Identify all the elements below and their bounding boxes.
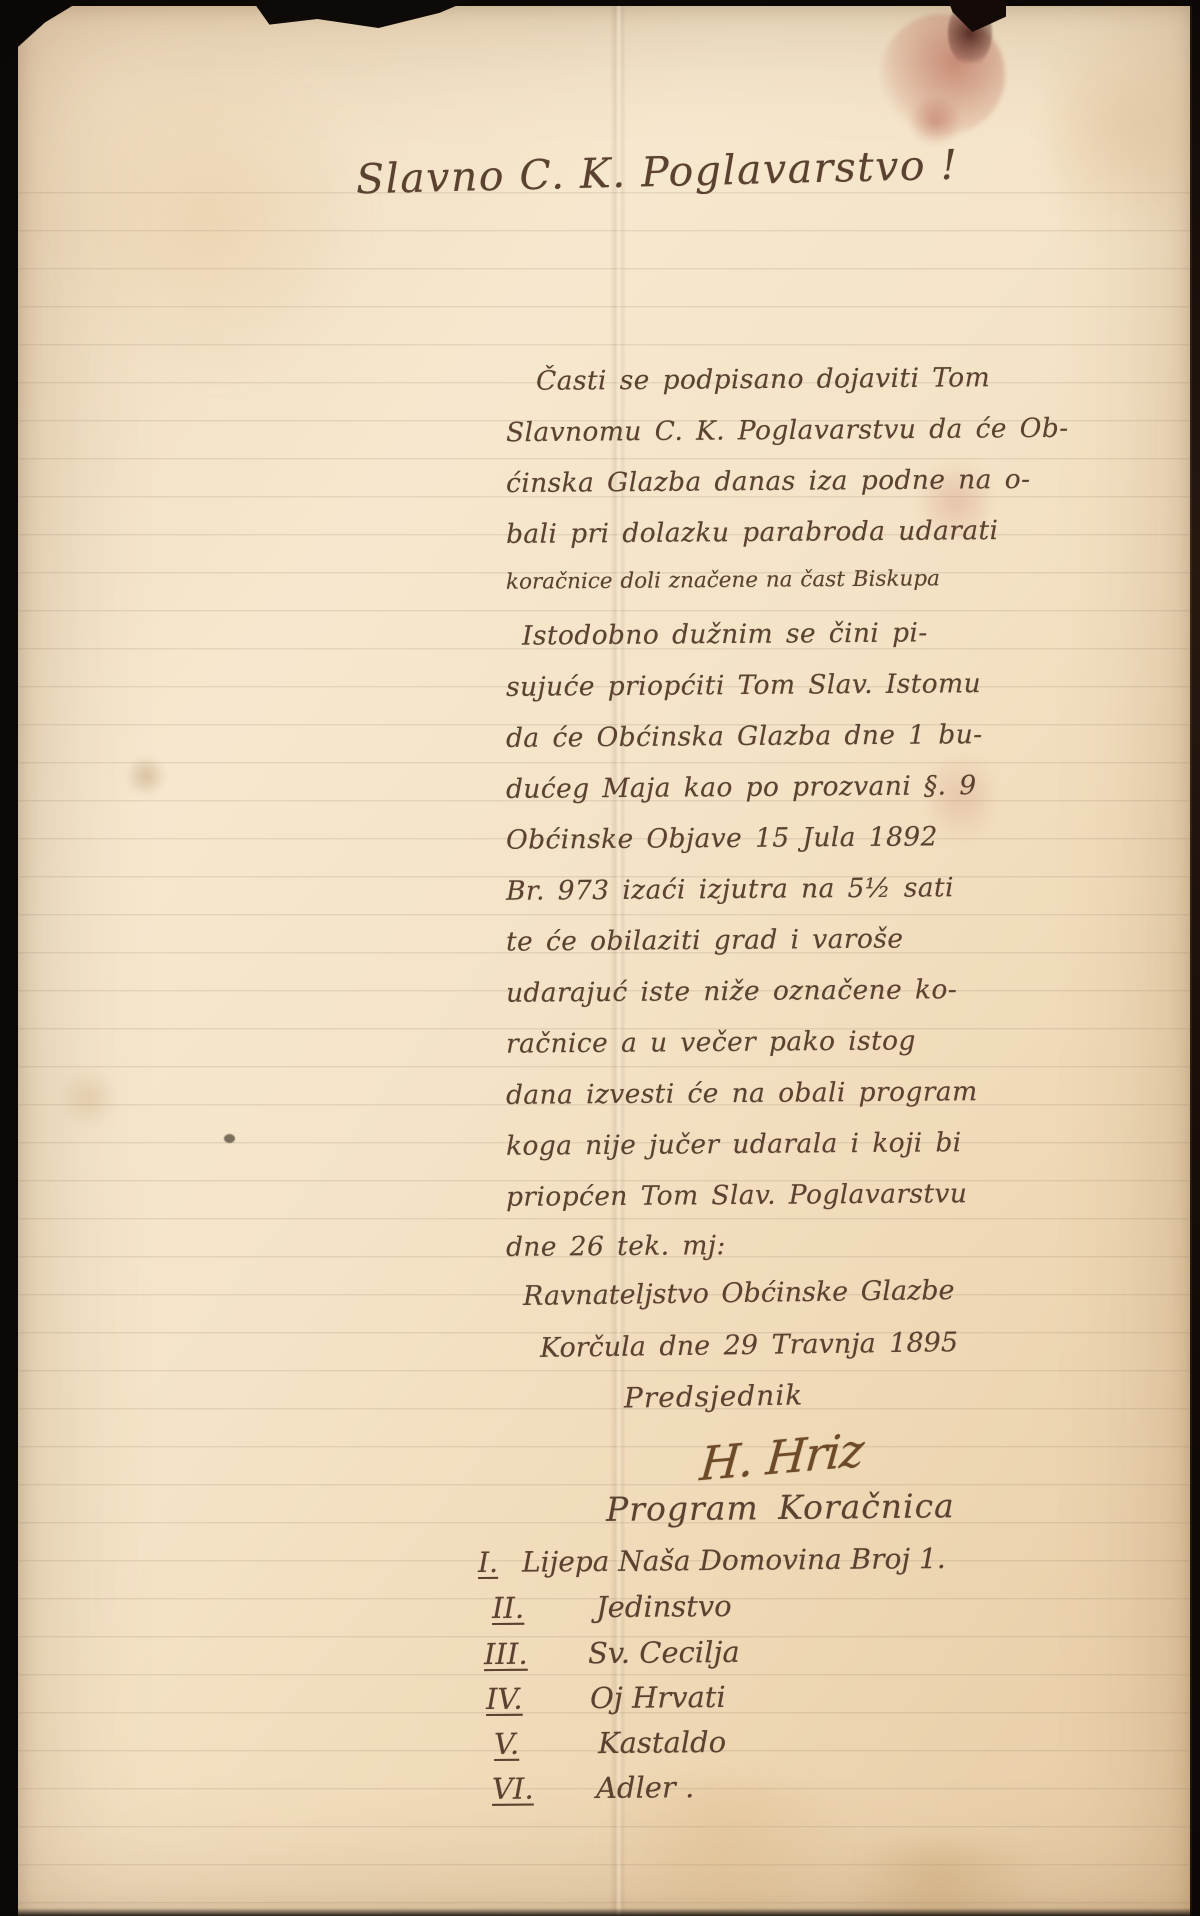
letter-line: udarajuć iste niže označene ko- bbox=[506, 974, 957, 1009]
stain bbox=[60, 40, 360, 400]
letter-line: ćinska Glazba danas iza podne na o- bbox=[506, 464, 1031, 499]
program-item: V. Kastaldo bbox=[494, 1725, 726, 1761]
program-item-numeral: VI. bbox=[492, 1771, 596, 1806]
stain bbox=[804, 1844, 1074, 1916]
stain bbox=[906, 98, 964, 144]
closing-org: Ravnateljstvo Obćinske Glazbe bbox=[523, 1275, 955, 1312]
letter-line: sujuće priopćiti Tom Slav. Istomu bbox=[506, 668, 981, 703]
letter-line: Istodobno dužnim se čini pi- bbox=[522, 617, 928, 651]
program-item-numeral: II. bbox=[492, 1590, 596, 1625]
letter-line: dana izvesti će na obali program bbox=[506, 1076, 978, 1111]
paper-sheet: Slavno C. K. Poglavarstvo ! Časti se pod… bbox=[18, 6, 1192, 1916]
program-item-numeral: V. bbox=[494, 1726, 598, 1761]
closing-role: Predsjednik bbox=[624, 1378, 804, 1414]
torn-edge bbox=[1190, 0, 1200, 1916]
stain bbox=[224, 1134, 235, 1143]
letter-line: Br. 973 izaći izjutra na 5½ sati bbox=[506, 872, 954, 907]
letter-line: Časti se podpisano dojaviti Tom bbox=[536, 362, 990, 397]
letter-line: dućeg Maja kao po prozvani §. 9 bbox=[506, 770, 977, 805]
torn-edge bbox=[0, 1908, 1200, 1916]
letter-line: Obćinske Objave 15 Jula 1892 bbox=[506, 821, 938, 855]
program-item: I. Lijepa Naša Domovina Broj 1. bbox=[478, 1542, 946, 1579]
letter-line: koračnice doli značene na čast Biskupa bbox=[506, 566, 940, 594]
program-item-title: Jedinstvo bbox=[596, 1589, 732, 1624]
program-heading: Program Koračnica bbox=[606, 1486, 955, 1529]
letter-line: priopćen Tom Slav. Poglavarstvu bbox=[506, 1178, 968, 1213]
letter-line: koga nije jučer udarala i koji bi bbox=[506, 1127, 962, 1162]
program-item-numeral: I. bbox=[478, 1546, 522, 1579]
stain bbox=[122, 758, 170, 794]
program-item-title: Sv. Cecilja bbox=[588, 1635, 740, 1670]
program-item-title: Oj Hrvati bbox=[590, 1680, 726, 1715]
program-item-title: Lijepa Naša Domovina Broj 1. bbox=[522, 1542, 946, 1579]
program-item: VI. Adler . bbox=[492, 1770, 695, 1806]
letter-line: račnice a u večer pako istog bbox=[506, 1025, 916, 1059]
program-item-title: Adler . bbox=[596, 1770, 695, 1805]
letter-line: te će obilaziti grad i varoše bbox=[506, 923, 904, 957]
letter-line: da će Obćinska Glazba dne 1 bu- bbox=[506, 719, 983, 754]
program-item: III. Sv. Cecilja bbox=[484, 1635, 740, 1671]
program-item: II. Jedinstvo bbox=[492, 1589, 732, 1625]
letter-line: bali pri dolazku parabroda udarati bbox=[506, 515, 999, 550]
fold-crease bbox=[610, 6, 626, 1916]
letter-line: Slavnomu C. K. Poglavarstvu da će Ob- bbox=[506, 413, 1069, 448]
scanned-letter-page: { "letter": { "salutation": "Slavno C. K… bbox=[0, 0, 1200, 1916]
program-item: IV. Oj Hrvati bbox=[486, 1680, 726, 1716]
closing-place-date: Korčula dne 29 Travnja 1895 bbox=[540, 1327, 958, 1364]
stain bbox=[1052, 0, 1200, 256]
stain bbox=[56, 1072, 120, 1124]
program-item-numeral: III. bbox=[484, 1636, 588, 1671]
program-item-numeral: IV. bbox=[486, 1681, 590, 1716]
program-item-title: Kastaldo bbox=[598, 1725, 726, 1760]
letter-line: dne 26 tek. mj: bbox=[506, 1230, 726, 1263]
